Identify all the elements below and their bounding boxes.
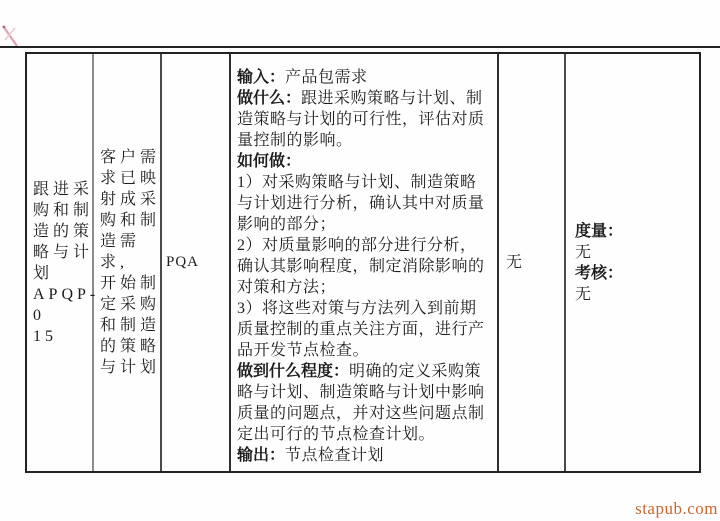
process-table: 跟进采 购和制 造的策 略与计 划 APQP-0 15 客户需 求已映 射成采 … — [25, 52, 701, 473]
how-item: 2）对质量影响的部分进行分析，确认其影响程度，制定消除影响的对策和方法； — [237, 235, 491, 298]
metrics-cell: 度量： 无 考核： 无 — [566, 54, 699, 471]
role-cell: PQA — [162, 54, 231, 471]
watermark: stapub.com — [635, 499, 718, 519]
impact-cell: 无 — [499, 54, 566, 471]
assess-value: 无 — [575, 284, 699, 305]
role-label: PQA — [166, 252, 199, 273]
how-item: 1）对采购策略与计划、制造策略与计划进行分析，确认其中对质量影响的部分； — [237, 172, 491, 235]
what-line: 做什么：跟进采购策略与计划、制造策略与计划的可行性，评估对质量控制的影响。 — [237, 88, 491, 151]
how-line: 如何做： — [237, 151, 491, 172]
input-label: 输入： — [237, 69, 285, 86]
precondition-cell: 客户需 求已映 射成采 购和制 造需求, 开始制 定采购 和制造 的策略 与计划 — [94, 54, 162, 471]
input-text: 产品包需求 — [285, 69, 368, 86]
how-item: 3）将这些对策与方法列入到前期质量控制的重点关注方面，进行产品开发节点检查。 — [237, 298, 491, 361]
measure-label: 度量： — [575, 221, 699, 242]
precondition-text: 客户需 求已映 射成采 购和制 造需求, 开始制 定采购 和制造 的策略 与计划 — [94, 147, 160, 378]
output-label: 输出： — [237, 447, 285, 464]
input-line: 输入：产品包需求 — [237, 67, 491, 88]
scanned-page: 跟进采 购和制 造的策 略与计 划 APQP-0 15 客户需 求已映 射成采 … — [0, 0, 720, 521]
activity-name: 跟进采 购和制 造的策 略与计 划 APQP-0 15 — [27, 179, 99, 347]
horizontal-rule — [0, 46, 720, 48]
impact-value: 无 — [506, 252, 522, 273]
degree-label: 做到什么程度： — [237, 363, 349, 380]
output-text: 节点检查计划 — [285, 447, 384, 464]
what-label: 做什么： — [237, 90, 301, 107]
measure-value: 无 — [575, 242, 699, 263]
how-label: 如何做： — [237, 153, 301, 170]
activity-cell: 跟进采 购和制 造的策 略与计 划 APQP-0 15 — [27, 54, 94, 471]
output-line: 输出：节点检查计划 — [237, 445, 491, 466]
description-cell: 输入：产品包需求 做什么：跟进采购策略与计划、制造策略与计划的可行性，评估对质量… — [231, 54, 499, 471]
pen-scribble-mark — [0, 16, 26, 50]
degree-line: 做到什么程度：明确的定义采购策略与计划、制造策略与计划中影响质量的问题点，并对这… — [237, 361, 491, 445]
assess-label: 考核： — [575, 263, 699, 284]
